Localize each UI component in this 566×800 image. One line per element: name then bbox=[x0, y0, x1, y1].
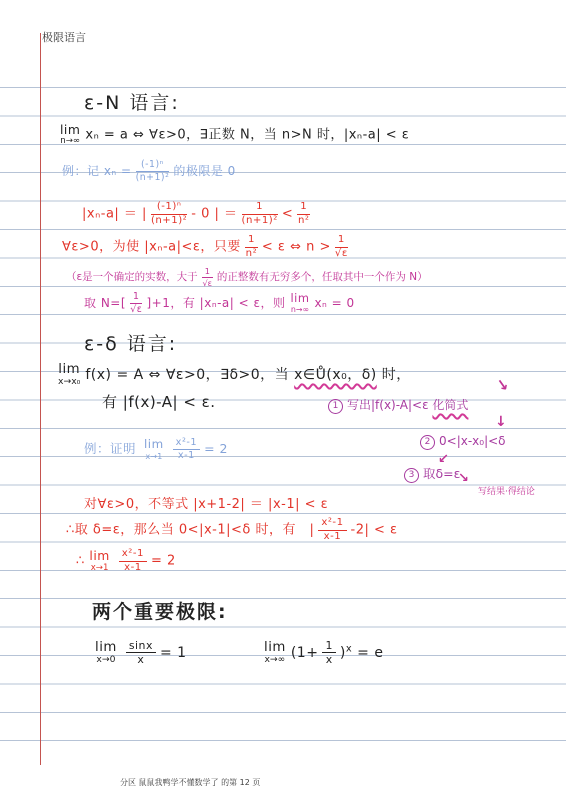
southwest-arrow-icon: ↙ bbox=[438, 452, 449, 467]
circled-1-icon: 1 bbox=[328, 399, 343, 414]
fraction: (-1)ⁿ(n+1)² bbox=[151, 202, 187, 226]
annotation-result-note: 写结果·得结论 bbox=[478, 487, 535, 498]
fraction: 1x bbox=[322, 640, 335, 666]
circled-2-icon: 2 bbox=[420, 435, 435, 450]
important-limit-1: limx→0sinxx= 1 bbox=[95, 640, 187, 666]
limit-notation: limx→∞ bbox=[264, 641, 286, 665]
red-margin-line bbox=[40, 33, 41, 765]
heading-two-important-limits: 两个重要极限: bbox=[92, 601, 228, 625]
limit-notation: limx→x₀ bbox=[58, 363, 80, 387]
proof-red-line3: ∴ limx→1x²-1x-1= 2 bbox=[76, 549, 176, 573]
down-arrow-icon: ↓ bbox=[495, 414, 507, 430]
conclusion-pink: 取 N=[1√ε]+1，有 |xₙ-a| < ε，则limn→∞xₙ = 0 bbox=[84, 292, 355, 315]
fraction: 1(n+1)² bbox=[242, 202, 278, 226]
fraction: sinxx bbox=[126, 640, 156, 666]
fraction: 1√ε bbox=[130, 292, 142, 315]
fraction: 1n² bbox=[297, 202, 310, 226]
formula-epsilon-delta-line2: 有 |f(x)-A| < ε. bbox=[102, 393, 216, 412]
formula-epsilon-n-definition: limn→∞xₙ = a ⇔ ∀ε>0，∃正数 N，当 n>N 时，|xₙ-a|… bbox=[60, 124, 409, 146]
proof-red-line2: ∴取 δ=ε，那么当 0<|x-1|<δ 时，有 |x²-1x-1-2| < ε bbox=[66, 518, 398, 542]
work-red-line2: ∀ε>0，为使 |xₙ-a|<ε，只要1n²< ε ⇔ n >1√ε bbox=[62, 235, 352, 259]
example-sequence-blue: 例：记 xₙ =(-1)ⁿ(n+1)²的极限是 0 bbox=[62, 160, 236, 183]
page-title: 极限语言 bbox=[42, 31, 86, 45]
limit-notation: limx→1 bbox=[89, 550, 109, 572]
fraction: (-1)ⁿ(n+1)² bbox=[136, 160, 170, 183]
limit-notation: limx→0 bbox=[95, 641, 117, 665]
limit-notation: limn→∞ bbox=[291, 293, 310, 313]
heading-epsilon-n: ε-N 语言: bbox=[84, 92, 180, 116]
note-pink: （ε是一个确定的实数，大于1√ε的正整数有无穷多个，任取其中一个作为 N） bbox=[66, 267, 428, 287]
important-limit-2: limx→∞(1+1x)x = e bbox=[264, 640, 383, 666]
fraction: 1n² bbox=[245, 235, 258, 259]
annotation-step3: 3取δ=ε bbox=[404, 466, 460, 483]
fraction: 1√ε bbox=[202, 267, 213, 287]
notebook-page: 极限语言 ε-N 语言: limn→∞xₙ = a ⇔ ∀ε>0，∃正数 N，当… bbox=[0, 0, 566, 800]
fraction: x²-1x-1 bbox=[173, 438, 200, 461]
annotation-step2: 20<|x-x₀|<δ bbox=[420, 434, 506, 450]
page-footer: 分区 鼠鼠我鸭学不懂数学了 的第 12 页 bbox=[120, 778, 260, 788]
proof-red-line1: 对∀ε>0，不等式 |x+1-2| ＝ |x-1| < ε bbox=[84, 497, 328, 513]
southeast-arrow-icon: ↘ bbox=[458, 471, 469, 486]
limit-notation: limn→∞ bbox=[60, 124, 80, 146]
circled-3-icon: 3 bbox=[404, 468, 419, 483]
fraction: x²-1x-1 bbox=[318, 518, 346, 542]
fraction: 1√ε bbox=[335, 235, 348, 259]
example-limit-blue: 例：证明limx→1x²-1x-1= 2 bbox=[84, 438, 228, 461]
heading-epsilon-delta: ε-δ 语言: bbox=[84, 333, 177, 357]
limit-notation: limx→1 bbox=[144, 439, 164, 460]
annotation-step1: 1写出|f(x)-A|<ε 化简式 bbox=[328, 398, 468, 414]
wavy-underlined-neighborhood: x∈Ů(x₀，δ) bbox=[294, 367, 377, 383]
formula-epsilon-delta-definition: limx→x₀f(x) = A ⇔ ∀ε>0，∃δ>0，当 x∈Ů(x₀，δ) … bbox=[58, 363, 411, 387]
fraction: x²-1x-1 bbox=[119, 549, 147, 573]
work-red-line1: |xₙ-a| ＝ |(-1)ⁿ(n+1)²- 0 | ＝1(n+1)²<1n² bbox=[82, 202, 314, 226]
